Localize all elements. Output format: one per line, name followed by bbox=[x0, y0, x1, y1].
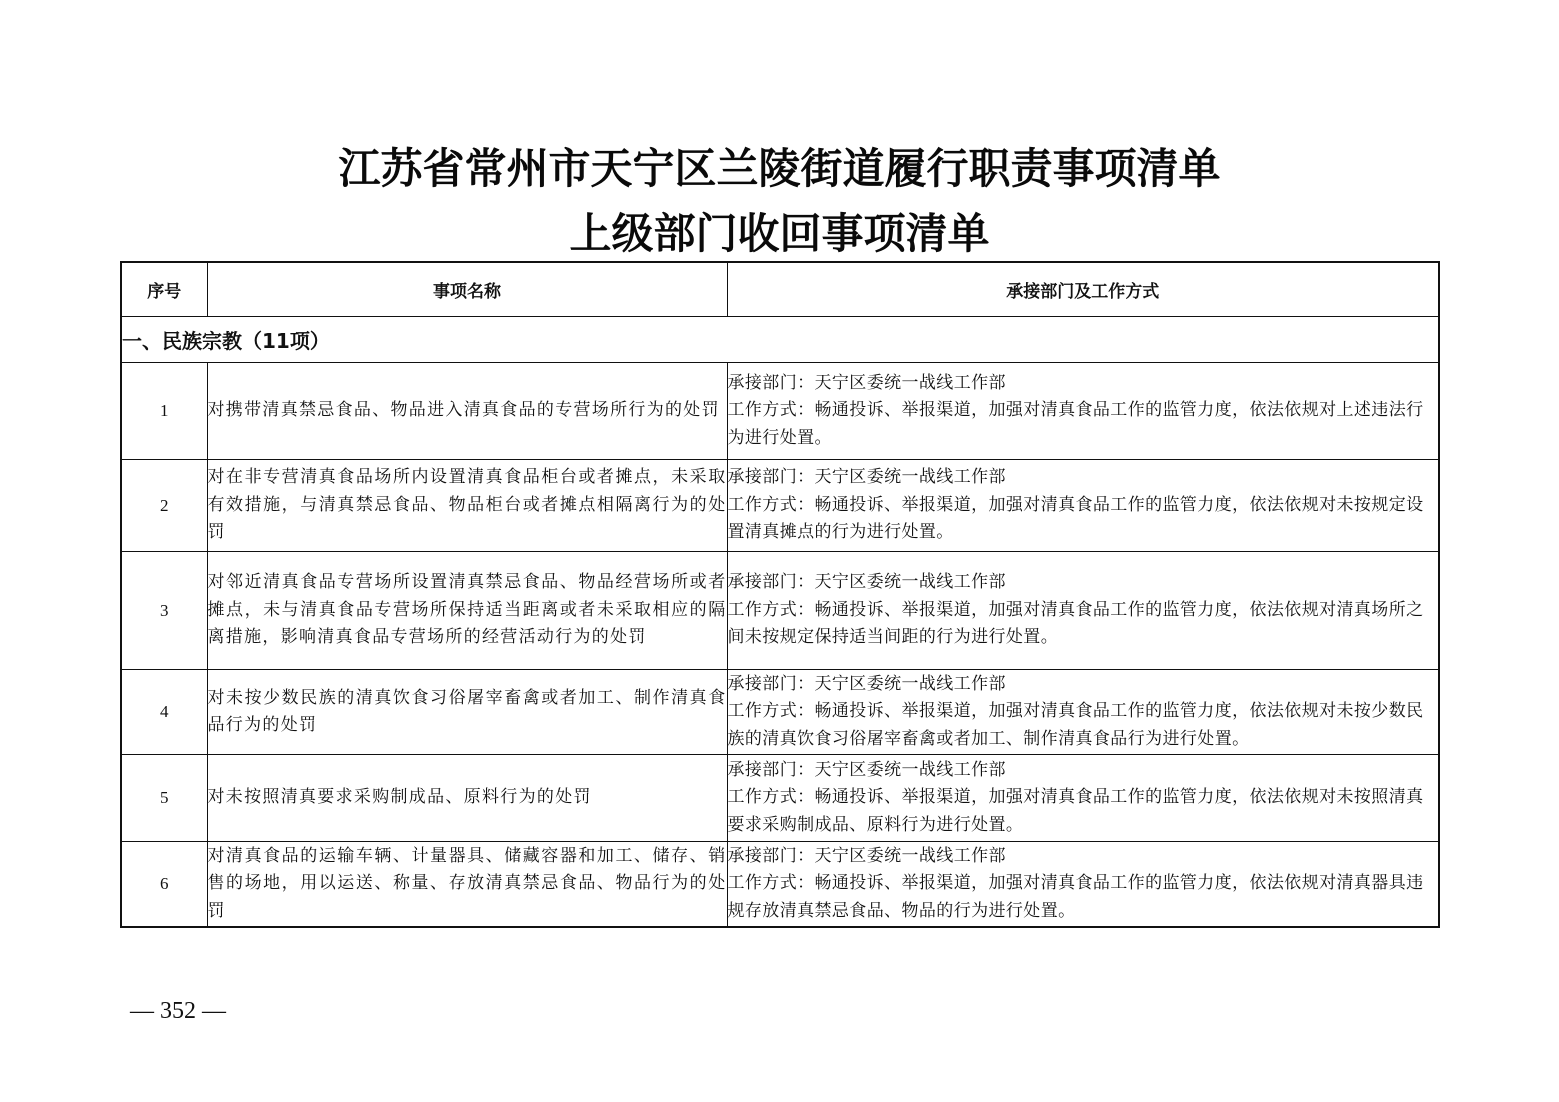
department-text: 承接部门：天宁区委统一战线工作部 bbox=[728, 569, 1439, 597]
method-text: 工作方式：畅通投诉、举报渠道，加强对清真食品工作的监管力度，依法依规对清真场所之… bbox=[728, 597, 1439, 652]
department-text: 承接部门：天宁区委统一战线工作部 bbox=[728, 370, 1439, 398]
item-name: 对携带清真禁忌食品、物品进入清真食品的专营场所行为的处罚 bbox=[207, 363, 727, 460]
item-name: 对清真食品的运输车辆、计量器具、储藏容器和加工、储存、销售的场地，用以运送、称量… bbox=[207, 842, 727, 927]
department-method-cell: 承接部门：天宁区委统一战线工作部 工作方式：畅通投诉、举报渠道，加强对清真食品工… bbox=[727, 755, 1439, 842]
department-text: 承接部门：天宁区委统一战线工作部 bbox=[728, 843, 1439, 871]
row-number: 5 bbox=[121, 755, 207, 842]
table-row: 5 对未按照清真要求采购制成品、原料行为的处罚 承接部门：天宁区委统一战线工作部… bbox=[121, 755, 1439, 842]
section-row: 一、民族宗教（11项） bbox=[121, 317, 1439, 363]
department-method-cell: 承接部门：天宁区委统一战线工作部 工作方式：畅通投诉、举报渠道，加强对清真食品工… bbox=[727, 842, 1439, 927]
section-title-ethnic-religion: 一、民族宗教（11项） bbox=[121, 317, 1439, 363]
item-name: 对未按照清真要求采购制成品、原料行为的处罚 bbox=[207, 755, 727, 842]
department-method-cell: 承接部门：天宁区委统一战线工作部 工作方式：畅通投诉、举报渠道，加强对清真食品工… bbox=[727, 363, 1439, 460]
department-text: 承接部门：天宁区委统一战线工作部 bbox=[728, 671, 1439, 699]
row-number: 6 bbox=[121, 842, 207, 927]
header-serial-number: 序号 bbox=[121, 262, 207, 317]
document-title: 江苏省常州市天宁区兰陵街道履行职责事项清单 bbox=[0, 148, 1559, 190]
row-number: 2 bbox=[121, 460, 207, 552]
table-row: 6 对清真食品的运输车辆、计量器具、储藏容器和加工、储存、销售的场地，用以运送、… bbox=[121, 842, 1439, 927]
table-header-row: 序号 事项名称 承接部门及工作方式 bbox=[121, 262, 1439, 317]
method-text: 工作方式：畅通投诉、举报渠道，加强对清真食品工作的监管力度，依法依规对上述违法行… bbox=[728, 397, 1439, 452]
method-text: 工作方式：畅通投诉、举报渠道，加强对清真食品工作的监管力度，依法依规对清真器具违… bbox=[728, 870, 1439, 925]
department-method-cell: 承接部门：天宁区委统一战线工作部 工作方式：畅通投诉、举报渠道，加强对清真食品工… bbox=[727, 552, 1439, 670]
header-item-name: 事项名称 bbox=[207, 262, 727, 317]
method-text: 工作方式：畅通投诉、举报渠道，加强对清真食品工作的监管力度，依法依规对未按规定设… bbox=[728, 492, 1439, 547]
item-name: 对邻近清真食品专营场所设置清真禁忌食品、物品经营场所或者摊点，未与清真食品专营场… bbox=[207, 552, 727, 670]
table-row: 4 对未按少数民族的清真饮食习俗屠宰畜禽或者加工、制作清真食品行为的处罚 承接部… bbox=[121, 670, 1439, 755]
duties-table: 序号 事项名称 承接部门及工作方式 一、民族宗教（11项） 1 对携带清真禁忌食… bbox=[120, 261, 1440, 928]
page-number: — 352 — bbox=[130, 998, 226, 1025]
method-text: 工作方式：畅通投诉、举报渠道，加强对清真食品工作的监管力度，依法依规对未按少数民… bbox=[728, 698, 1439, 753]
table-row: 3 对邻近清真食品专营场所设置清真禁忌食品、物品经营场所或者摊点，未与清真食品专… bbox=[121, 552, 1439, 670]
document-subtitle: 上级部门收回事项清单 bbox=[0, 213, 1559, 255]
row-number: 1 bbox=[121, 363, 207, 460]
item-name: 对在非专营清真食品场所内设置清真食品柜台或者摊点，未采取有效措施，与清真禁忌食品… bbox=[207, 460, 727, 552]
item-name: 对未按少数民族的清真饮食习俗屠宰畜禽或者加工、制作清真食品行为的处罚 bbox=[207, 670, 727, 755]
header-department-method: 承接部门及工作方式 bbox=[727, 262, 1439, 317]
department-method-cell: 承接部门：天宁区委统一战线工作部 工作方式：畅通投诉、举报渠道，加强对清真食品工… bbox=[727, 670, 1439, 755]
department-method-cell: 承接部门：天宁区委统一战线工作部 工作方式：畅通投诉、举报渠道，加强对清真食品工… bbox=[727, 460, 1439, 552]
department-text: 承接部门：天宁区委统一战线工作部 bbox=[728, 464, 1439, 492]
row-number: 3 bbox=[121, 552, 207, 670]
row-number: 4 bbox=[121, 670, 207, 755]
table-row: 1 对携带清真禁忌食品、物品进入清真食品的专营场所行为的处罚 承接部门：天宁区委… bbox=[121, 363, 1439, 460]
department-text: 承接部门：天宁区委统一战线工作部 bbox=[728, 757, 1439, 785]
table-row: 2 对在非专营清真食品场所内设置清真食品柜台或者摊点，未采取有效措施，与清真禁忌… bbox=[121, 460, 1439, 552]
method-text: 工作方式：畅通投诉、举报渠道，加强对清真食品工作的监管力度，依法依规对未按照清真… bbox=[728, 784, 1439, 839]
